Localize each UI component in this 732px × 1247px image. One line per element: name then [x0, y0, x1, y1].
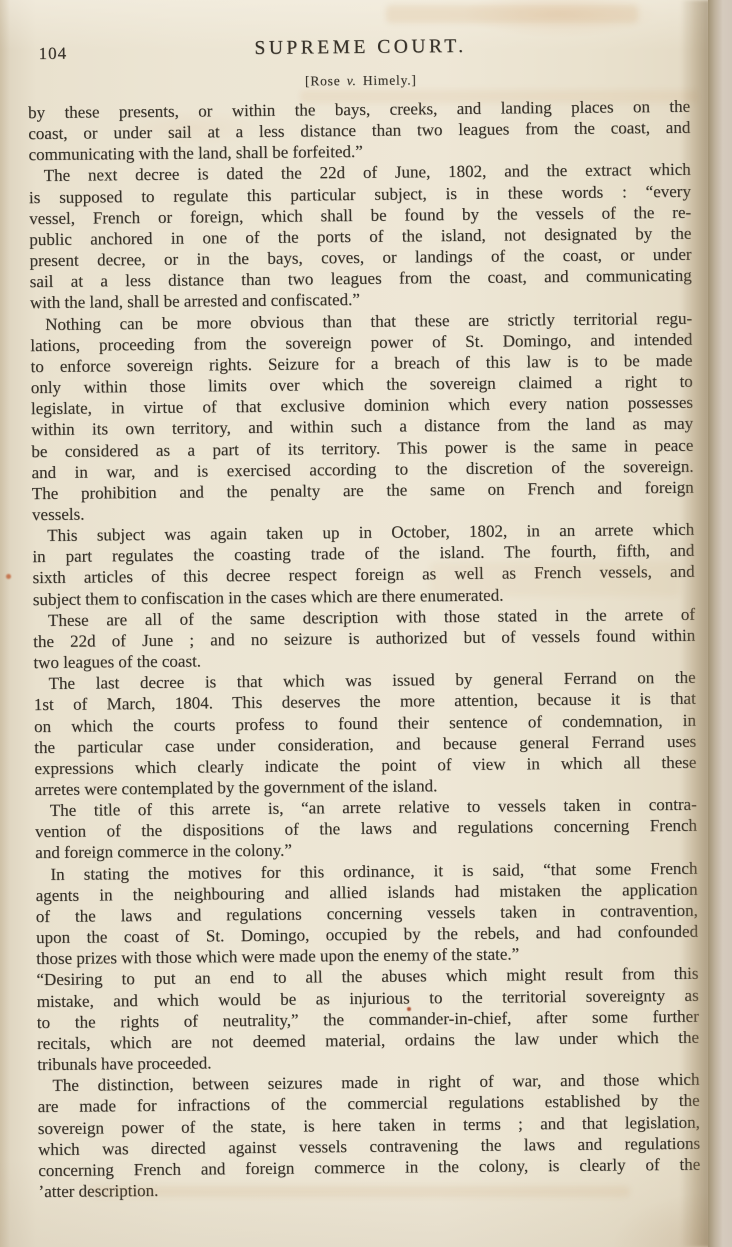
opinion-body: by these presents, or within the bays, c…	[28, 96, 701, 1202]
paragraph: This subject was again taken up in Octob…	[32, 519, 695, 610]
running-head: SUPREME COURT.	[0, 33, 727, 62]
scanned-book-page: 104 SUPREME COURT. [Rose v. Himely.] by …	[0, 0, 732, 1247]
paragraph: by these presents, or within the bays, c…	[28, 96, 691, 166]
case-caption: [Rose v. Himely.]	[0, 69, 727, 92]
paragraph: The next decree is dated the 22d of June…	[29, 159, 692, 313]
paragraph: The title of this arrete is, “an arrete …	[35, 794, 698, 864]
caption-suffix: Himely.]	[359, 72, 417, 88]
page-content: 104 SUPREME COURT. [Rose v. Himely.] by …	[0, 0, 732, 1247]
paragraph: These are all of the same description wi…	[33, 603, 696, 673]
paragraph: In stating the motives for this ordinanc…	[35, 857, 698, 969]
paragraph: Nothing can be more obvious than that th…	[30, 307, 694, 525]
paragraph: “Desiring to put an end to all the abuse…	[36, 963, 699, 1075]
caption-versus: v.	[345, 73, 359, 88]
paragraph: The distinction, between seizures made i…	[37, 1069, 700, 1202]
paragraph: The last decree is that which was issued…	[34, 667, 697, 800]
caption-prefix: [Rose	[305, 73, 345, 88]
